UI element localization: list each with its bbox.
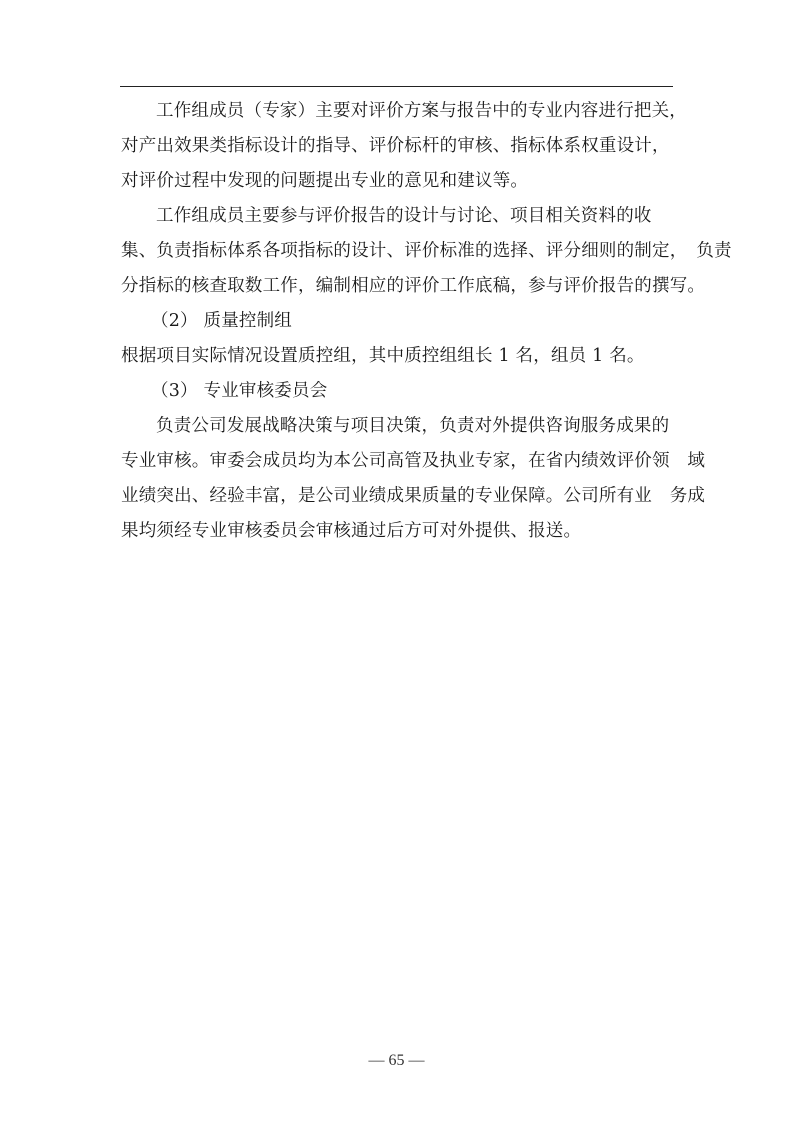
paragraph-review-committee: 负责公司发展战略决策与项目决策，负责对外提供咨询服务成果的 专业审核。审委会成员… <box>121 409 677 549</box>
text-line: 工作组成员（专家）主要对评价方案与报告中的专业内容进行把关， <box>121 94 677 129</box>
page-number: — 65 — <box>0 1052 793 1070</box>
paragraph-member-responsibilities: 工作组成员主要参与评价报告的设计与讨论、项目相关资料的收 集、负责指标体系各项指… <box>121 199 677 304</box>
text-line: 根据项目实际情况设置质控组，其中质控组组长 1 名，组员 1 名。 <box>121 339 677 374</box>
section-heading-review-committee: （3） 专业审核委员会 <box>121 374 677 409</box>
text-line: 业绩突出、经验丰富，是公司业绩成果质量的专业保障。公司所有业 务成 <box>121 479 677 514</box>
paragraph-quality-control: 根据项目实际情况设置质控组，其中质控组组长 1 名，组员 1 名。 <box>121 339 677 374</box>
text-line: 集、负责指标体系各项指标的设计、评价标准的选择、评分细则的制定， 负责 <box>121 234 677 269</box>
text-line: 对评价过程中发现的问题提出专业的意见和建议等。 <box>121 164 677 199</box>
paragraph-expert-responsibilities: 工作组成员（专家）主要对评价方案与报告中的专业内容进行把关， 对产出效果类指标设… <box>121 94 677 199</box>
header-rule <box>120 86 673 87</box>
heading-text: （3） 专业审核委员会 <box>121 374 677 409</box>
text-line: 分指标的核查取数工作，编制相应的评价工作底稿，参与评价报告的撰写。 <box>121 269 677 304</box>
text-line: 果均须经专业审核委员会审核通过后方可对外提供、报送。 <box>121 514 677 549</box>
text-line: 专业审核。审委会成员均为本公司高管及执业专家，在省内绩效评价领 域 <box>121 444 677 479</box>
text-line: 对产出效果类指标设计的指导、评价标杆的审核、指标体系权重设计， <box>121 129 677 164</box>
heading-text: （2） 质量控制组 <box>121 304 677 339</box>
section-heading-quality-control: （2） 质量控制组 <box>121 304 677 339</box>
text-line: 工作组成员主要参与评价报告的设计与讨论、项目相关资料的收 <box>121 199 677 234</box>
text-line: 负责公司发展战略决策与项目决策，负责对外提供咨询服务成果的 <box>121 409 677 444</box>
document-body: 工作组成员（专家）主要对评价方案与报告中的专业内容进行把关， 对产出效果类指标设… <box>121 94 677 549</box>
